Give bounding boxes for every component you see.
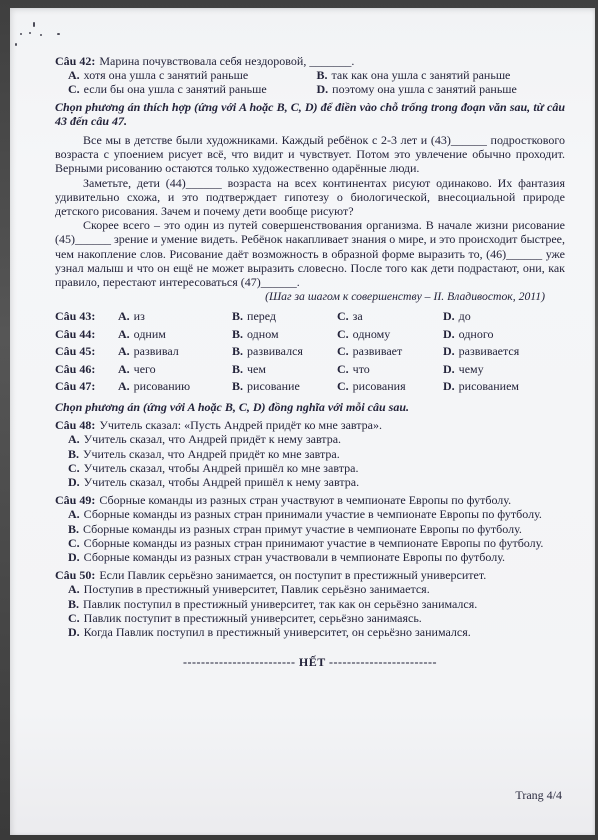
option-b: B.одном (232, 327, 337, 341)
page-number: Trang 4/4 (515, 788, 562, 803)
option-c: C.Учитель сказал, чтобы Андрей пришёл ко… (55, 461, 565, 475)
option-b: B.Павлик поступил в престижный университ… (55, 597, 565, 611)
option-d: D.рисованием (443, 379, 565, 393)
option-d: D.одного (443, 327, 565, 341)
option-c: C.если бы она ушла с занятий раньше (68, 82, 317, 96)
option-a: A.из (118, 309, 232, 323)
option-a: A.хотя она ушла с занятий раньше (68, 68, 317, 82)
ink-speck (57, 33, 60, 35)
option-d: D.развивается (443, 344, 565, 358)
option-c: C.что (337, 362, 443, 376)
table-row-43: Câu 43: A.из B.перед C.за D.до (55, 309, 565, 327)
option-d: D.поэтому она ушла с занятий раньше (317, 82, 566, 96)
question-50: Câu 50:Если Павлик серьёзно занимается, … (55, 568, 565, 639)
option-b: B.рисование (232, 379, 337, 393)
question-42-options: A.хотя она ушла с занятий раньше B.так к… (55, 68, 565, 96)
option-b: B.Сборные команды из разных стран примут… (55, 522, 565, 536)
option-c: C.одному (337, 327, 443, 341)
passage-paragraph-2: Заметьте, дети (44)______ возраста на вс… (55, 176, 565, 219)
option-a: A.Учитель сказал, что Андрей придёт к не… (55, 432, 565, 446)
option-d: D.до (443, 309, 565, 323)
instruction-synonym: Chọn phương án (ứng với A hoặc B, C, D) … (55, 400, 565, 414)
passage-source: (Шаг за шагом к совершенству – II. Влади… (55, 290, 565, 304)
option-a: A.одним (118, 327, 232, 341)
option-c: C.за (337, 309, 443, 323)
question-48-stem: Câu 48:Учитель сказал: «Пусть Андрей при… (55, 418, 565, 432)
table-row-45: Câu 45: A.развивал B.развивался C.развив… (55, 344, 565, 362)
ink-speck (29, 32, 31, 34)
instruction-fill-blanks: Chọn phương án thích hợp (ứng với A hoặc… (55, 100, 565, 128)
option-c: C.рисования (337, 379, 443, 393)
option-c: C.Павлик поступит в престижный университ… (55, 611, 565, 625)
option-c: C.Сборные команды из разных стран приним… (55, 536, 565, 550)
page-content: Câu 42:Марина почувствовала себя нездоро… (55, 54, 565, 669)
passage-paragraph-1: Все мы в детстве были художниками. Кажды… (55, 133, 565, 176)
option-b: B.так как она ушла с занятий раньше (317, 68, 566, 82)
option-d: D.Учитель сказал, чтобы Андрей пришёл к … (55, 475, 565, 489)
ink-speck (15, 43, 17, 46)
option-b: B.развивался (232, 344, 337, 358)
question-48: Câu 48:Учитель сказал: «Пусть Андрей при… (55, 418, 565, 489)
fill-in-table: Câu 43: A.из B.перед C.за D.до Câu 44: A… (55, 309, 565, 397)
option-a: A.рисованию (118, 379, 232, 393)
option-d: D.Когда Павлик поступил в престижный уни… (55, 625, 565, 639)
option-a: A.чего (118, 362, 232, 376)
ink-speck (20, 33, 22, 35)
option-b: B.чем (232, 362, 337, 376)
ink-speck (33, 22, 35, 27)
question-49-stem: Câu 49:Сборные команды из разных стран у… (55, 493, 565, 507)
table-row-46: Câu 46: A.чего B.чем C.что D.чему (55, 362, 565, 380)
end-marker: ------------------------- HẾT ----------… (55, 655, 565, 669)
question-42-label: Câu 42: (55, 54, 95, 68)
table-row-44: Câu 44: A.одним B.одном C.одному D.одног… (55, 327, 565, 345)
option-c: C.развивает (337, 344, 443, 358)
option-a: A.Поступив в престижный университет, Пав… (55, 582, 565, 596)
ink-speck (40, 34, 42, 36)
option-b: B.перед (232, 309, 337, 323)
reading-passage: Все мы в детстве были художниками. Кажды… (55, 133, 565, 304)
scanned-exam-page: Câu 42:Марина почувствовала себя нездоро… (10, 8, 595, 835)
option-b: B.Учитель сказал, что Андрей придёт ко м… (55, 447, 565, 461)
passage-paragraph-3: Скорее всего – это один из путей соверше… (55, 218, 565, 289)
option-d: D.чему (443, 362, 565, 376)
option-d: D.Сборные команды из разных стран участв… (55, 550, 565, 564)
question-50-stem: Câu 50:Если Павлик серьёзно занимается, … (55, 568, 565, 582)
question-49: Câu 49:Сборные команды из разных стран у… (55, 493, 565, 564)
question-42-stem: Câu 42:Марина почувствовала себя нездоро… (55, 54, 565, 68)
option-a: A.развивал (118, 344, 232, 358)
question-42: Câu 42:Марина почувствовала себя нездоро… (55, 54, 565, 97)
option-a: A.Сборные команды из разных стран приним… (55, 507, 565, 521)
table-row-47: Câu 47: A.рисованию B.рисование C.рисова… (55, 379, 565, 397)
